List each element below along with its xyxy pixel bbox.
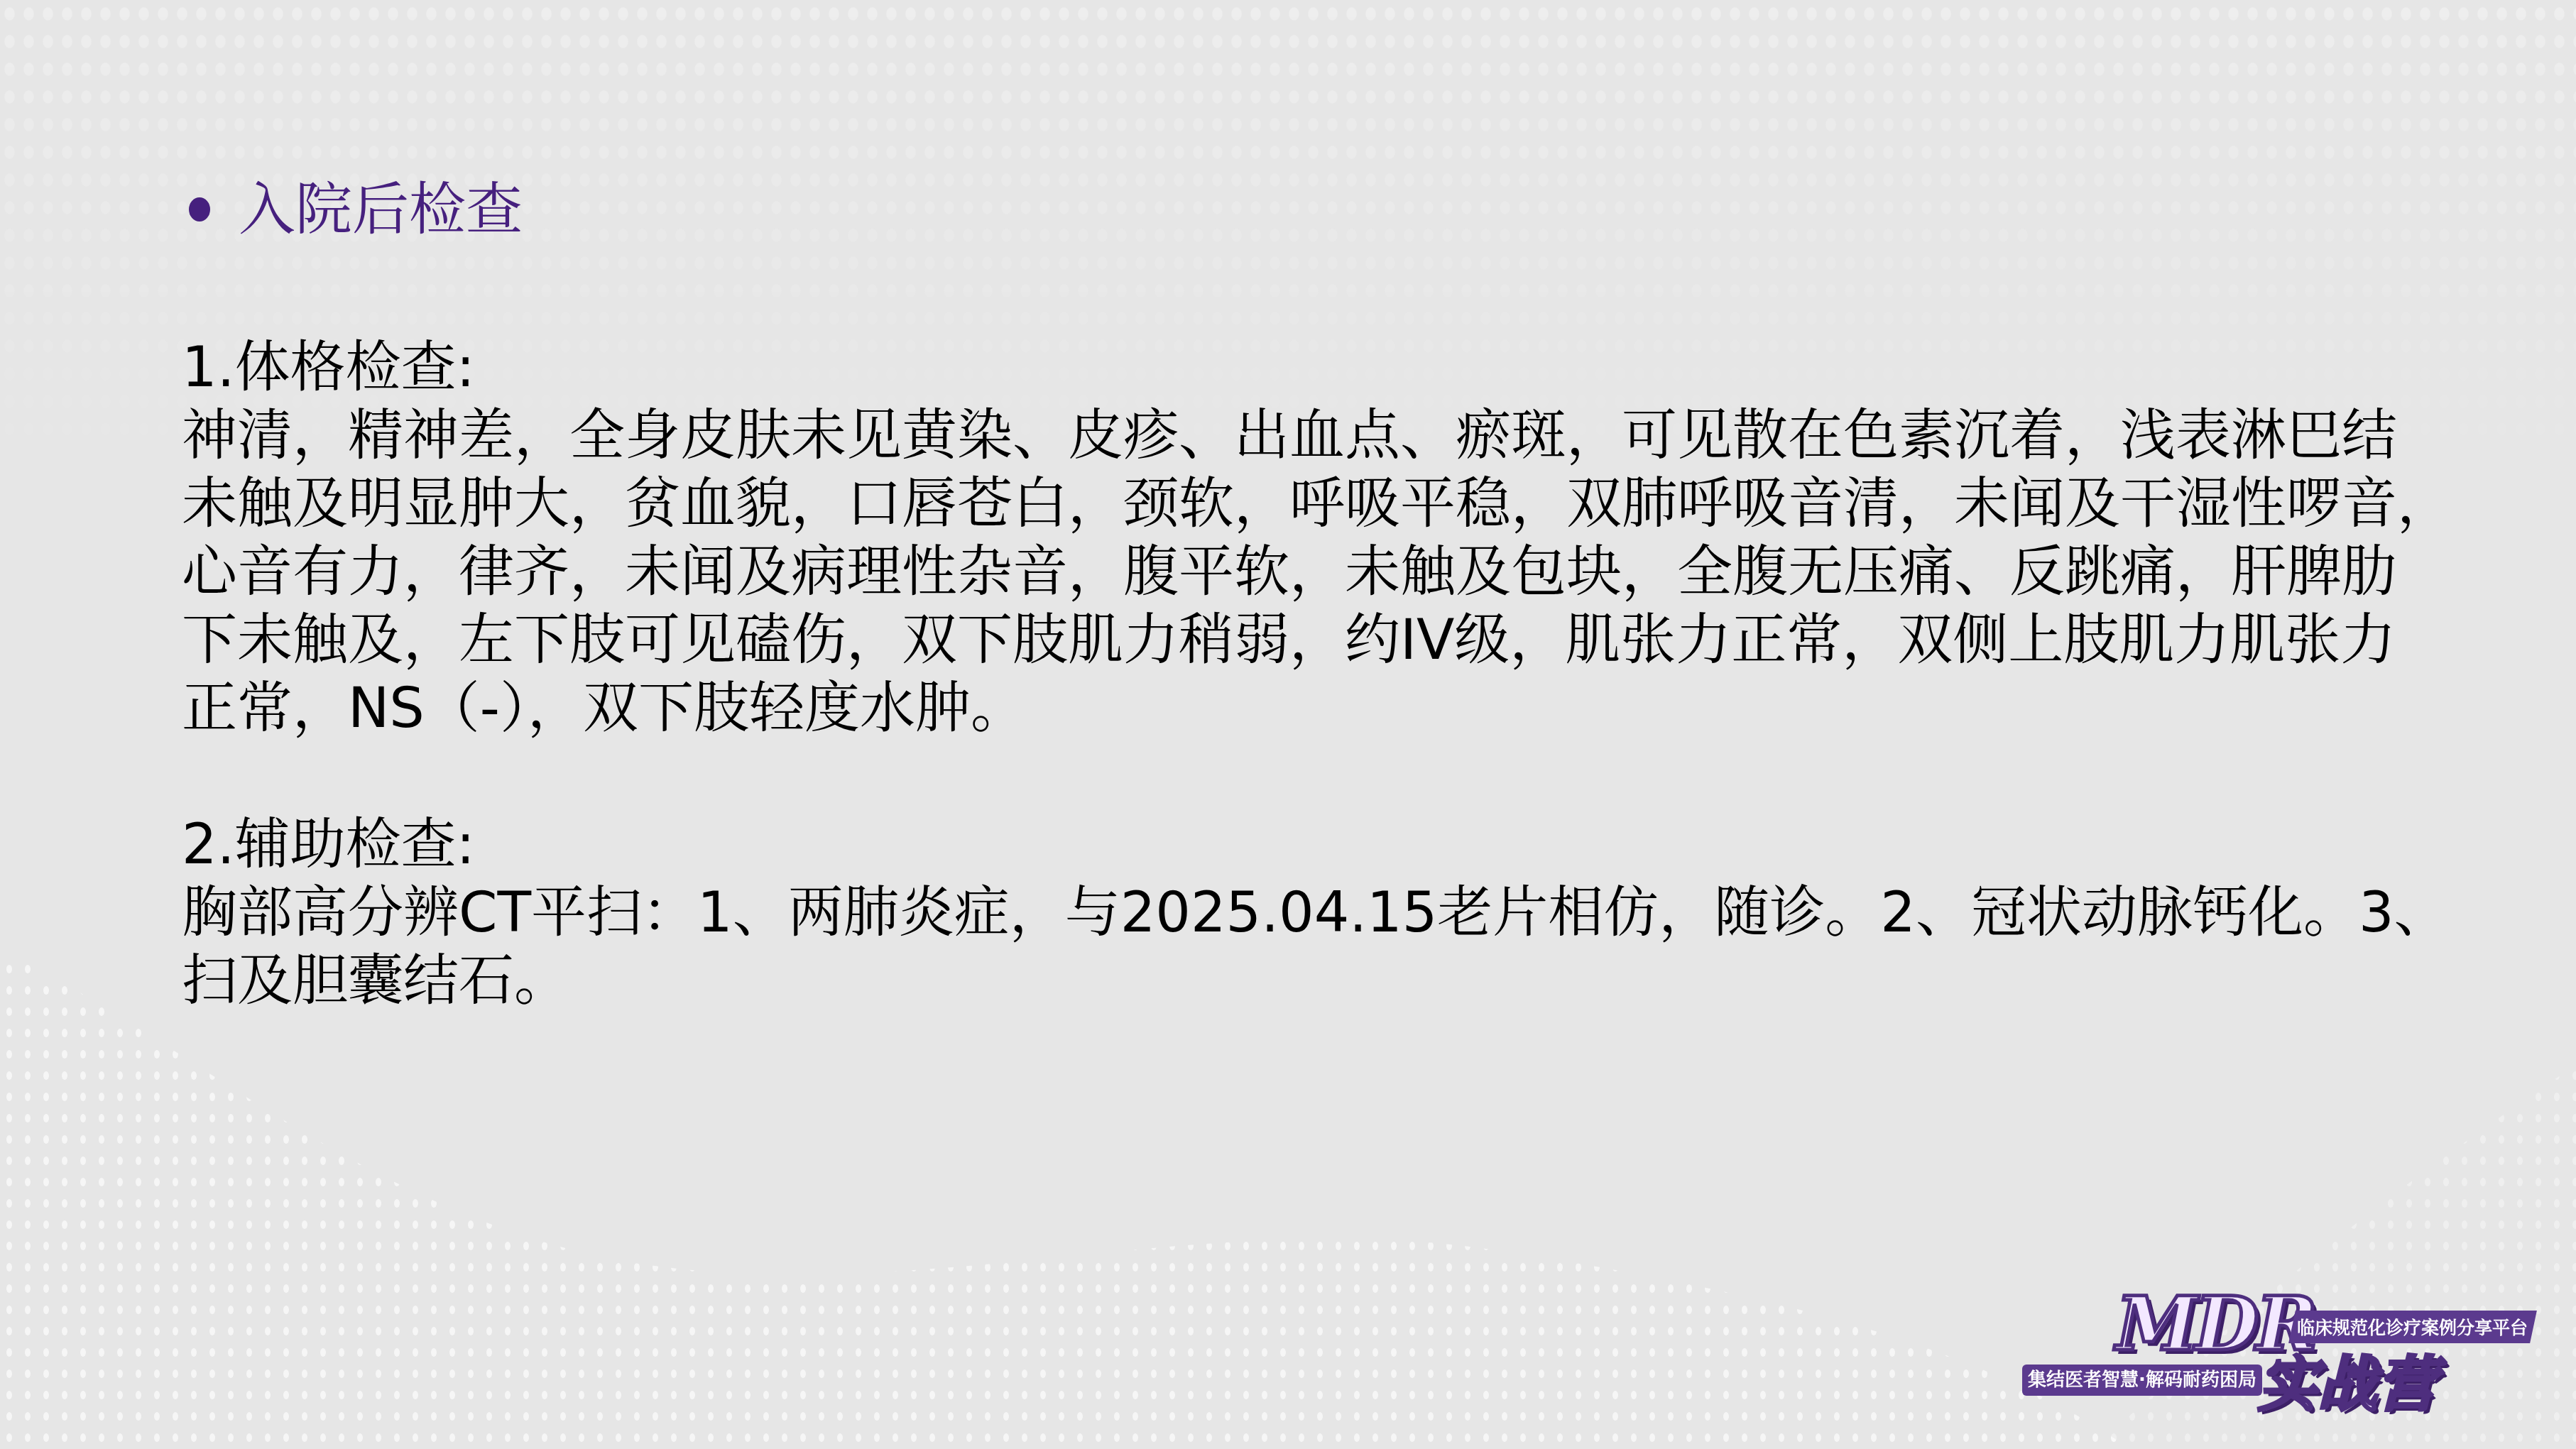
logo-ribbon: 临床规范化诊疗案例分享平台 bbox=[2288, 1311, 2537, 1343]
logo-slogan: 集结医者智慧·解码耐药困局 bbox=[2022, 1365, 2262, 1396]
section-title: 入院后检查 bbox=[239, 174, 523, 245]
physical-exam-line: 未触及明显肿大，贫血貌，口唇苍白，颈软，呼吸平稳，双肺呼吸音清，未闻及干湿性啰音… bbox=[182, 470, 2553, 538]
exam-content: 1.体格检查: 神清，精神差，全身皮肤未见黄染、皮疹、出血点、瘀斑，可见散在色素… bbox=[182, 334, 2553, 1015]
auxiliary-exam-line: 扫及胆囊结石。 bbox=[182, 947, 2553, 1015]
physical-exam-line: 神清，精神差，全身皮肤未见黄染、皮疹、出血点、瘀斑，可见散在色素沉着，浅表淋巴结 bbox=[182, 402, 2553, 470]
auxiliary-exam-line: 胸部高分辨CT平扫：1、两肺炎症，与2025.04.15老片相仿，随诊。2、冠状… bbox=[182, 879, 2553, 947]
physical-exam-line: 心音有力，律齐，未闻及病理性杂音，腹平软，未触及包块，全腹无压痛、反跳痛，肝脾肋 bbox=[182, 538, 2553, 606]
auxiliary-exam-heading: 2.辅助检查: bbox=[182, 811, 2553, 879]
physical-exam-line: 下未触及，左下肢可见磕伤，双下肢肌力稍弱，约IV级，肌张力正常，双侧上肢肌力肌张… bbox=[182, 606, 2553, 674]
mdr-camp-logo: MDR 临床规范化诊疗案例分享平台 集结医者智慧·解码耐药困局 实战营 bbox=[2016, 1271, 2542, 1434]
logo-ribbon-text: 临床规范化诊疗案例分享平台 bbox=[2297, 1314, 2528, 1340]
bullet-icon bbox=[189, 197, 210, 222]
spacer bbox=[182, 743, 2553, 811]
physical-exam-heading: 1.体格检查: bbox=[182, 334, 2553, 402]
section-title-row: 入院后检查 bbox=[189, 174, 523, 245]
physical-exam-line: 正常，NS（-），双下肢轻度水肿。 bbox=[182, 674, 2553, 743]
logo-camp-text: 实战营 bbox=[2258, 1349, 2437, 1420]
